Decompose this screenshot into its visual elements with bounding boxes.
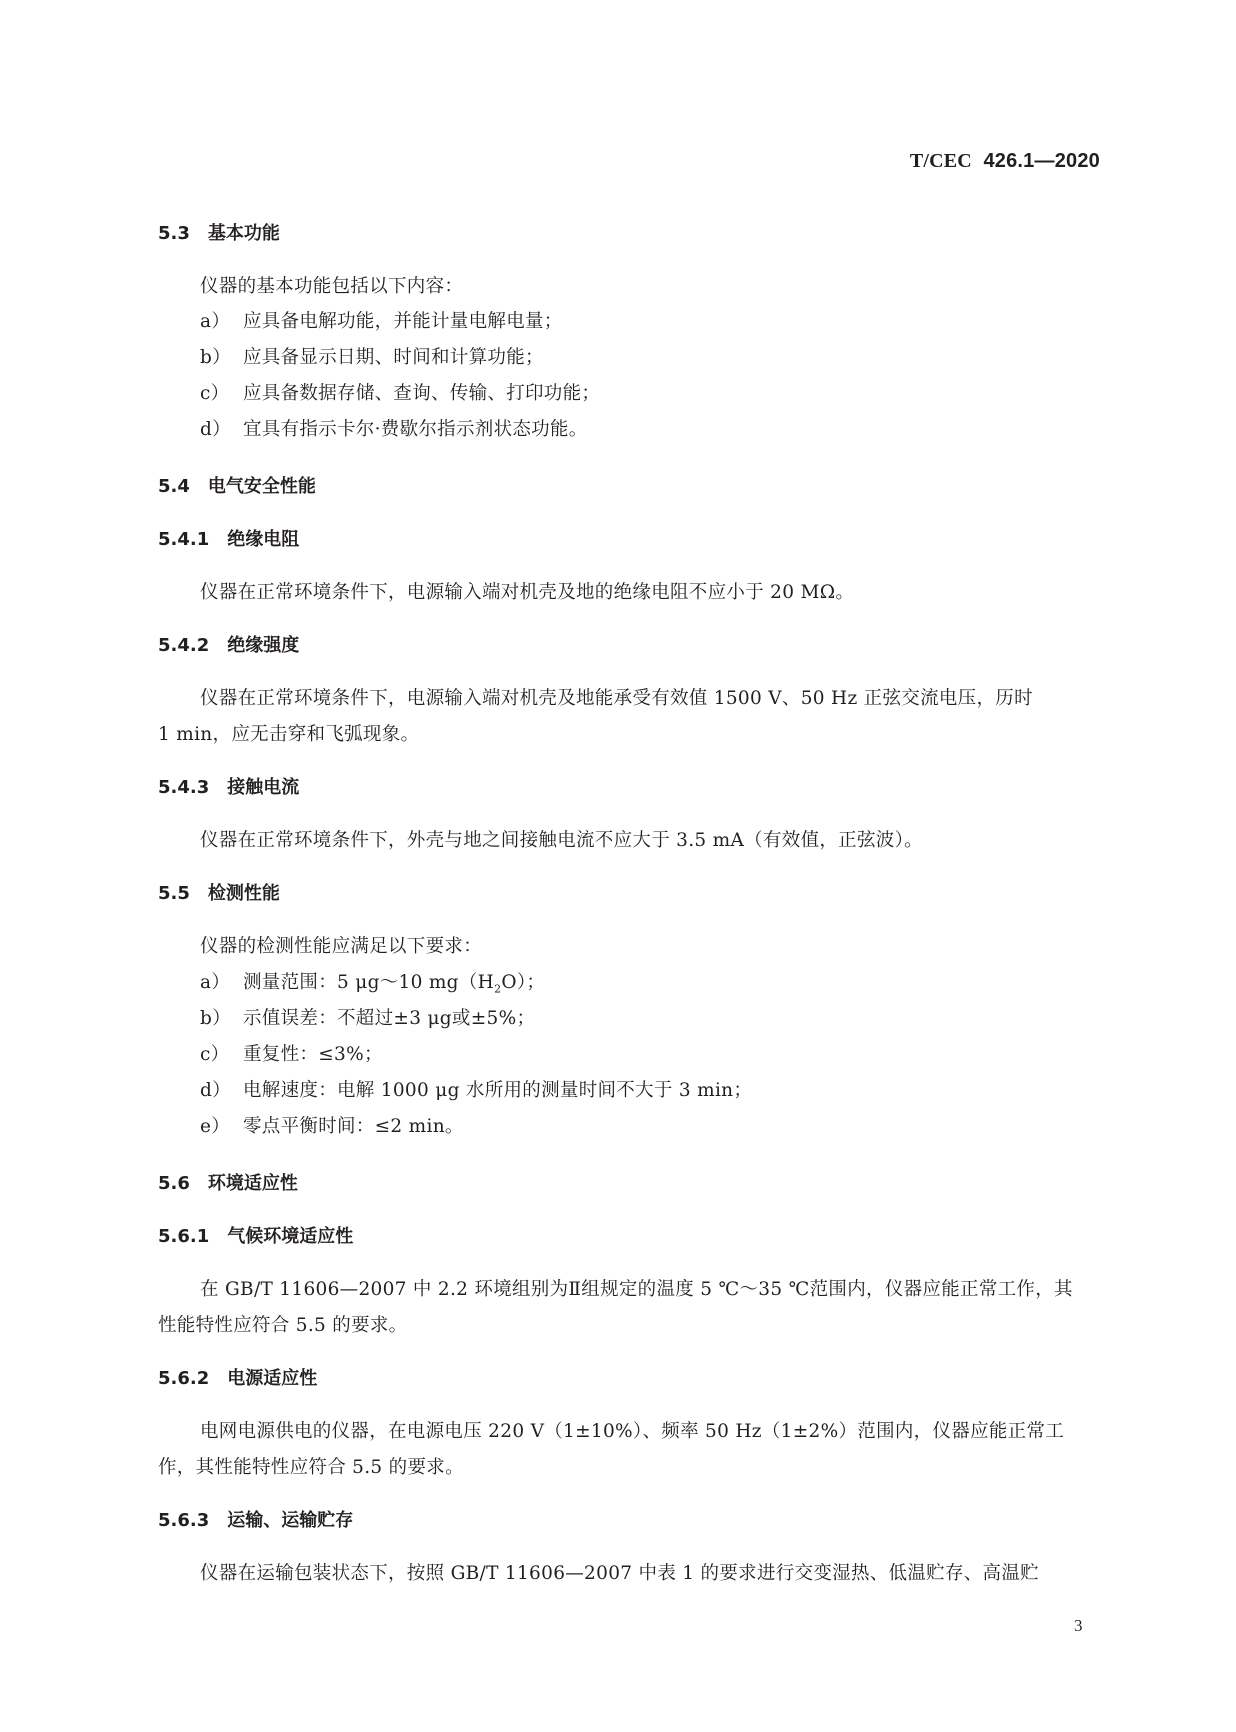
standard-number: 426.1—2020 — [983, 150, 1100, 172]
list-marker: d） — [200, 1076, 243, 1102]
section-number: 5.4.1 — [158, 529, 209, 550]
section-title: 电源适应性 — [227, 1368, 317, 1389]
section-heading-5-4: 5.4电气安全性能 — [158, 472, 316, 498]
standard-prefix: T/CEC — [910, 150, 972, 172]
section-title: 气候环境适应性 — [227, 1226, 353, 1247]
section-title: 电气安全性能 — [208, 476, 316, 497]
section-intro: 仪器的基本功能包括以下内容： — [200, 272, 463, 298]
document-page: T/CEC 426.1—2020 5.3基本功能 仪器的基本功能包括以下内容： … — [0, 0, 1236, 1732]
list-text: 电解速度：电解 1000 μg 水所用的测量时间不大于 3 min； — [243, 1080, 752, 1101]
standard-identifier: T/CEC 426.1—2020 — [910, 150, 1100, 173]
section-heading-5-4-1: 5.4.1绝缘电阻 — [158, 525, 299, 551]
section-number: 5.6.3 — [158, 1510, 209, 1531]
paragraph: 仪器在正常环境条件下，电源输入端对机壳及地的绝缘电阻不应小于 20 MΩ。 — [200, 578, 854, 604]
list-item: d）电解速度：电解 1000 μg 水所用的测量时间不大于 3 min； — [200, 1076, 752, 1102]
paragraph-line: 作，其性能特性应符合 5.5 的要求。 — [158, 1453, 464, 1479]
paragraph-line: 在 GB/T 11606—2007 中 2.2 环境组别为Ⅱ组规定的温度 5 ℃… — [200, 1275, 1073, 1301]
list-text: 宜具有指示卡尔·费歇尔指示剂状态功能。 — [243, 419, 588, 440]
list-item: b）示值误差：不超过±3 μg或±5%； — [200, 1004, 535, 1030]
section-intro: 仪器的检测性能应满足以下要求： — [200, 932, 482, 958]
list-item: a）应具备电解功能，并能计量电解电量； — [200, 307, 563, 333]
section-number: 5.4.3 — [158, 777, 209, 798]
section-heading-5-6-3: 5.6.3运输、运输贮存 — [158, 1506, 353, 1532]
list-marker: b） — [200, 343, 243, 369]
section-title: 接触电流 — [227, 777, 299, 798]
paragraph-line: 仪器在运输包装状态下，按照 GB/T 11606—2007 中表 1 的要求进行… — [200, 1559, 1039, 1585]
list-marker: b） — [200, 1004, 243, 1030]
list-marker: e） — [200, 1112, 243, 1138]
section-title: 环境适应性 — [208, 1173, 298, 1194]
list-item: e）零点平衡时间：≤2 min。 — [200, 1112, 464, 1138]
paragraph-line: 1 min，应无击穿和飞弧现象。 — [158, 720, 419, 746]
section-number: 5.3 — [158, 223, 190, 244]
paragraph-line: 仪器在正常环境条件下，电源输入端对机壳及地能承受有效值 1500 V、50 Hz… — [200, 684, 1033, 710]
section-heading-5-6-1: 5.6.1气候环境适应性 — [158, 1222, 353, 1248]
list-marker: d） — [200, 415, 243, 441]
list-text: 应具备电解功能，并能计量电解电量； — [243, 311, 563, 332]
list-item: c）重复性：≤3%； — [200, 1040, 383, 1066]
paragraph-line: 电网电源供电的仪器，在电源电压 220 V（1±10%）、频率 50 Hz（1±… — [200, 1417, 1064, 1443]
list-item: d）宜具有指示卡尔·费歇尔指示剂状态功能。 — [200, 415, 588, 441]
section-heading-5-3: 5.3基本功能 — [158, 219, 280, 245]
page-number: 3 — [1074, 1616, 1083, 1636]
section-number: 5.4 — [158, 476, 190, 497]
list-item: c）应具备数据存储、查询、传输、打印功能； — [200, 379, 600, 405]
section-title: 运输、运输贮存 — [227, 1510, 353, 1531]
section-heading-5-4-2: 5.4.2绝缘强度 — [158, 631, 299, 657]
section-title: 基本功能 — [208, 223, 280, 244]
section-number: 5.6 — [158, 1173, 190, 1194]
list-marker: c） — [200, 379, 243, 405]
section-number: 5.5 — [158, 883, 190, 904]
list-text: 重复性：≤3%； — [243, 1044, 383, 1065]
list-item: b）应具备显示日期、时间和计算功能； — [200, 343, 544, 369]
section-heading-5-4-3: 5.4.3接触电流 — [158, 773, 299, 799]
section-title: 绝缘强度 — [227, 635, 299, 656]
list-text: 测量范围：5 μg～10 mg（H — [243, 972, 494, 993]
list-marker: a） — [200, 968, 243, 994]
paragraph: 仪器在正常环境条件下，外壳与地之间接触电流不应大于 3.5 mA（有效值，正弦波… — [200, 826, 923, 852]
section-number: 5.4.2 — [158, 635, 209, 656]
list-text: 应具备显示日期、时间和计算功能； — [243, 347, 544, 368]
list-marker: c） — [200, 1040, 243, 1066]
list-item: a）测量范围：5 μg～10 mg（H2O）； — [200, 968, 545, 996]
paragraph-line: 性能特性应符合 5.5 的要求。 — [158, 1311, 407, 1337]
section-title: 检测性能 — [208, 883, 280, 904]
section-title: 绝缘电阻 — [227, 529, 299, 550]
section-number: 5.6.2 — [158, 1368, 209, 1389]
list-text: O）； — [501, 972, 545, 993]
section-heading-5-6-2: 5.6.2电源适应性 — [158, 1364, 317, 1390]
section-heading-5-5: 5.5检测性能 — [158, 879, 280, 905]
list-text: 零点平衡时间：≤2 min。 — [243, 1116, 464, 1137]
list-text: 示值误差：不超过±3 μg或±5%； — [243, 1008, 535, 1029]
list-marker: a） — [200, 307, 243, 333]
section-heading-5-6: 5.6环境适应性 — [158, 1169, 298, 1195]
section-number: 5.6.1 — [158, 1226, 209, 1247]
list-text: 应具备数据存储、查询、传输、打印功能； — [243, 383, 600, 404]
